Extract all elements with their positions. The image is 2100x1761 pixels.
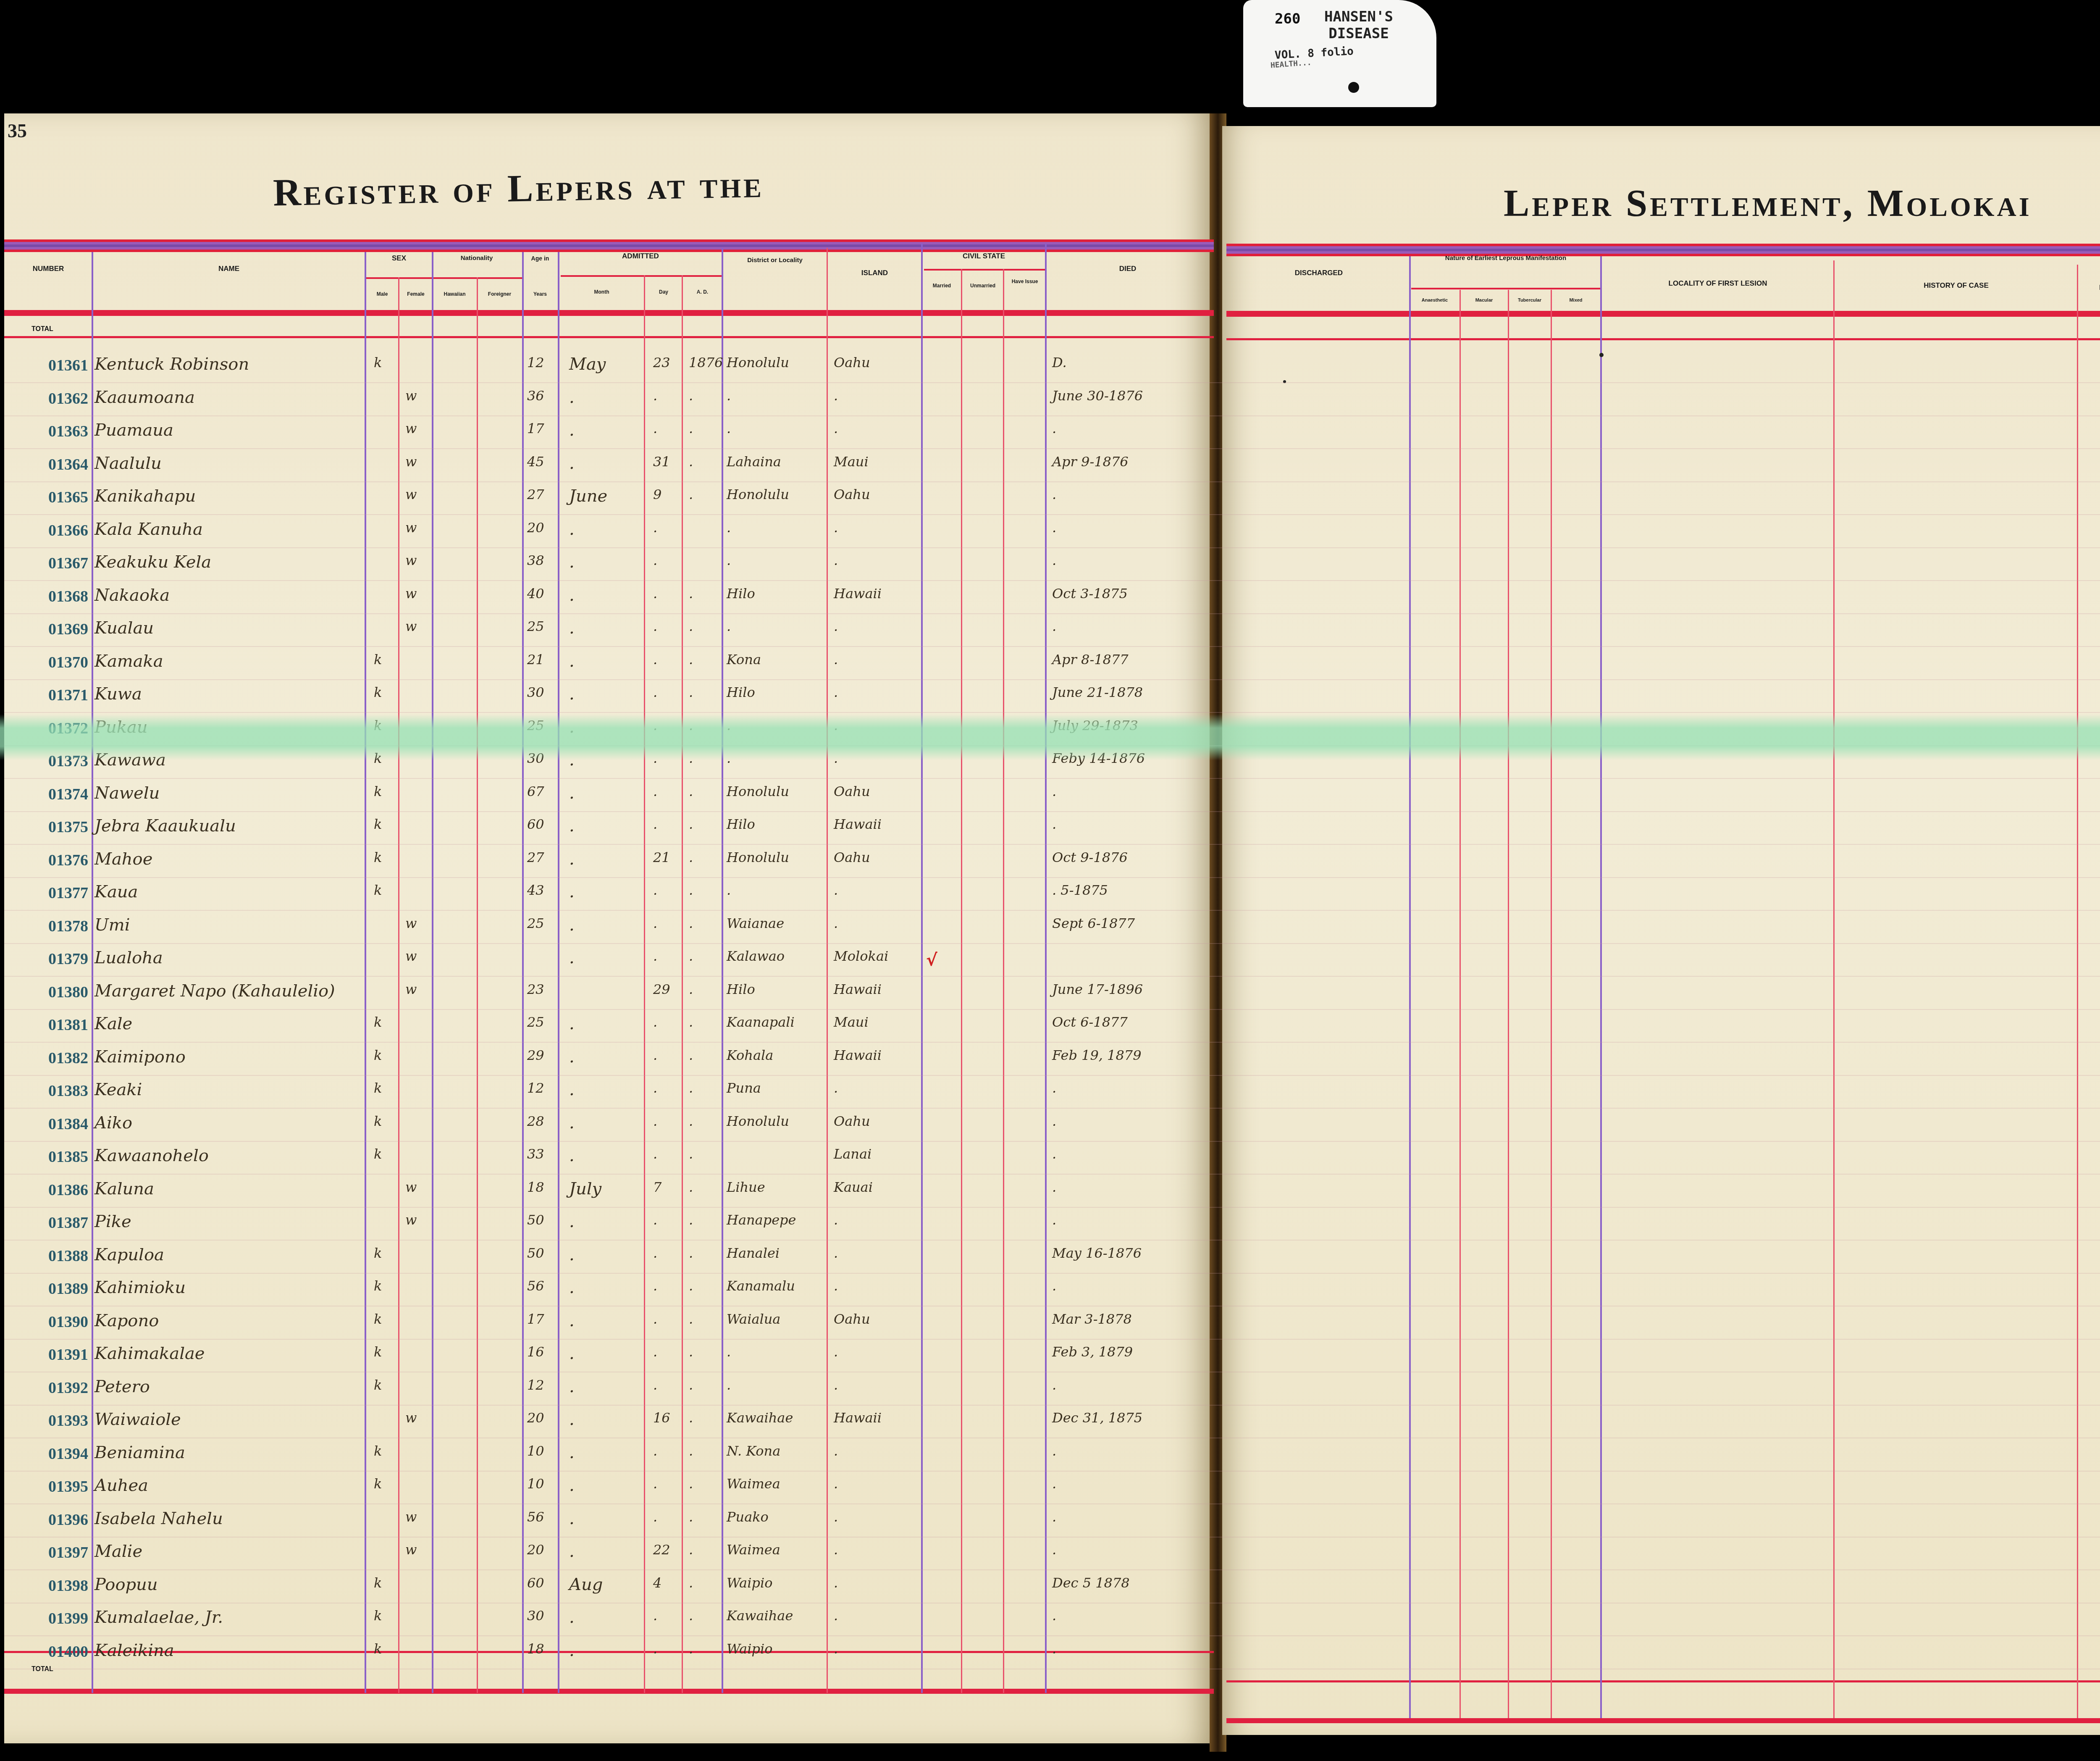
row-guide-line — [4, 811, 2100, 812]
row-admitted-day: 9 — [653, 486, 661, 502]
row-district: Puako — [727, 1509, 769, 1525]
row-name: Petero — [94, 1377, 150, 1396]
row-age: 45 — [527, 454, 544, 470]
row-sex-female: w — [405, 915, 417, 931]
row-admitted-month: . — [569, 783, 575, 803]
row-sex-male: k — [374, 1014, 382, 1030]
row-island: . — [834, 1212, 838, 1228]
row-name: Kapono — [94, 1311, 159, 1330]
civil-state-subrule — [924, 269, 1046, 271]
row-guide-line — [4, 481, 2100, 482]
row-sex-male: k — [374, 882, 382, 898]
row-name: Umi — [94, 915, 130, 935]
row-guide-line — [4, 580, 2100, 581]
row-sex-female: w — [405, 421, 417, 436]
tag-volume: VOL. 8 folio — [1274, 45, 1354, 62]
row-number: 01374 — [2, 785, 88, 804]
ink-dot — [1599, 353, 1604, 357]
row-number: 01365 — [2, 488, 88, 507]
row-admitted-day: . — [653, 1509, 657, 1525]
row-admitted-year: . — [689, 1311, 693, 1327]
row-name: Kala Kanuha — [94, 520, 203, 539]
row-district: Kohala — [727, 1047, 773, 1063]
row-sex-female: w — [405, 1179, 417, 1195]
header-locality-first-lesion: Locality of First Lesion — [1602, 279, 1833, 288]
row-died: . — [1052, 1377, 1056, 1393]
col-rule — [365, 252, 366, 1693]
row-admitted-day: . — [653, 1245, 657, 1261]
row-guide-line — [4, 844, 2100, 845]
row-admitted-month: . — [569, 1113, 575, 1133]
row-island: Maui — [834, 454, 869, 470]
row-died: Dec 31, 1875 — [1052, 1410, 1142, 1426]
row-admitted-month: May — [569, 355, 606, 374]
header-age: Age in — [523, 254, 557, 263]
row-admitted-year: . — [689, 1509, 693, 1525]
row-island: . — [834, 1245, 838, 1261]
row-admitted-month: Aug — [569, 1575, 603, 1594]
row-district: Waimea — [727, 1476, 780, 1492]
row-guide-line — [4, 547, 2100, 548]
row-sex-male: k — [374, 1113, 382, 1129]
row-admitted-year: . — [689, 1278, 693, 1294]
row-guide-line — [4, 646, 2100, 647]
row-number: 01362 — [2, 389, 88, 408]
row-died: . — [1052, 520, 1056, 536]
row-admitted-year: . — [689, 1542, 693, 1558]
row-died: Oct 6-1877 — [1052, 1014, 1128, 1030]
row-admitted-year: . — [689, 816, 693, 832]
row-guide-line — [4, 1405, 2100, 1406]
row-admitted-day: . — [653, 882, 657, 898]
row-admitted-month: . — [569, 520, 575, 539]
left-total-rule — [4, 336, 1214, 338]
row-admitted-month: . — [569, 1476, 575, 1495]
col-rule — [558, 252, 559, 1693]
row-guide-line — [4, 1438, 2100, 1438]
row-sex-male: k — [374, 849, 382, 865]
row-guide-line — [4, 910, 2100, 911]
row-name: Kaleikina — [94, 1641, 174, 1660]
row-died: June 21-1878 — [1052, 684, 1143, 700]
row-name: Nakaoka — [94, 586, 170, 605]
row-number: 01377 — [2, 884, 88, 902]
row-age: 20 — [527, 1410, 544, 1426]
row-admitted-month: . — [569, 816, 575, 836]
col-rule — [1600, 256, 1602, 1718]
row-name: Mahoe — [94, 849, 152, 869]
header-civ-issue: Have Issue — [1004, 277, 1046, 286]
row-guide-line — [4, 1174, 2100, 1175]
row-name: Poopuu — [94, 1575, 158, 1594]
col-rule — [522, 252, 524, 1693]
row-admitted-day: . — [653, 948, 657, 964]
row-died: Apr 9-1876 — [1052, 454, 1129, 470]
col-rule — [827, 248, 828, 1693]
row-died: . — [1052, 783, 1056, 799]
row-district: Waipio — [727, 1641, 772, 1657]
row-died: Oct 9-1876 — [1052, 849, 1128, 865]
header-sex-female: Female — [399, 290, 433, 298]
row-island: . — [834, 1278, 838, 1294]
row-guide-line — [4, 976, 2100, 977]
row-district: Kaanapali — [727, 1014, 795, 1030]
row-admitted-year: . — [689, 981, 693, 997]
row-district: Lahaina — [727, 454, 781, 470]
row-admitted-month: . — [569, 1146, 575, 1165]
row-sex-male: k — [374, 1047, 382, 1063]
header-macular: Macular — [1460, 296, 1508, 305]
row-sex-female: w — [405, 1410, 417, 1426]
row-guide-line — [4, 1372, 2100, 1372]
row-admitted-month: . — [569, 684, 575, 704]
row-island: . — [834, 1608, 838, 1624]
tag-hole-icon — [1348, 82, 1359, 93]
row-number: 01398 — [2, 1577, 88, 1595]
header-history-of-case: History of Case — [1835, 281, 2077, 290]
row-island: Hawaii — [834, 1047, 882, 1063]
row-district: . — [727, 618, 731, 634]
row-island: . — [834, 552, 838, 568]
left-bottom-rule — [4, 1689, 1214, 1694]
row-guide-line — [4, 1669, 2100, 1669]
row-guide-line — [4, 1075, 2100, 1076]
row-sex-male: k — [374, 1344, 382, 1360]
row-admitted-month: . — [569, 915, 575, 935]
row-admitted-month: . — [569, 652, 575, 671]
row-admitted-month: . — [569, 1542, 575, 1561]
row-guide-line — [4, 1339, 2100, 1340]
row-admitted-day: . — [653, 1377, 657, 1393]
row-admitted-month: . — [569, 552, 575, 572]
left-total-label-bottom: TOTAL — [31, 1666, 53, 1673]
col-rule — [722, 248, 723, 1693]
row-died: Mar 3-1878 — [1052, 1311, 1132, 1327]
row-died: . — [1052, 1080, 1056, 1096]
row-admitted-year: . — [689, 783, 693, 799]
row-died: . — [1052, 1212, 1056, 1228]
row-sex-female: w — [405, 1509, 417, 1525]
row-admitted-month: . — [569, 948, 575, 967]
row-admitted-day: . — [653, 586, 657, 602]
left-header-bottom-rule — [4, 310, 1214, 316]
row-died: . — [1052, 1476, 1056, 1492]
col-rule — [682, 275, 683, 1693]
row-age: 60 — [527, 816, 544, 832]
row-sex-male: k — [374, 1641, 382, 1657]
row-age: 17 — [527, 1311, 544, 1327]
header-name: Name — [97, 265, 361, 273]
row-admitted-month: . — [569, 849, 575, 869]
row-died: . — [1052, 1608, 1056, 1624]
row-died: June 17-1896 — [1052, 981, 1143, 997]
row-died: . — [1052, 1443, 1056, 1459]
header-adm-ad: A. D. — [682, 288, 722, 296]
row-died: Apr 8-1877 — [1052, 652, 1129, 668]
row-district: Hanalei — [727, 1245, 780, 1261]
row-admitted-year: . — [689, 586, 693, 602]
row-admitted-day: . — [653, 1014, 657, 1030]
row-admitted-month: . — [569, 454, 575, 473]
row-age: 29 — [527, 1047, 544, 1063]
row-sex-male: k — [374, 783, 382, 799]
row-admitted-month: July — [569, 1179, 601, 1199]
row-died: Feb 3, 1879 — [1052, 1344, 1133, 1360]
row-island: Oahu — [834, 783, 870, 799]
col-rule — [432, 252, 433, 1693]
header-civ-unmarried: Unmarried — [962, 281, 1004, 290]
row-district: Honolulu — [727, 355, 789, 371]
row-age: 20 — [527, 520, 544, 536]
row-died: D. — [1052, 355, 1067, 371]
header-nat-hawaiian: Hawaiian — [433, 290, 477, 298]
row-admitted-year: . — [689, 1047, 693, 1063]
row-admitted-month: . — [569, 1278, 575, 1297]
row-sex-female: w — [405, 486, 417, 502]
row-age: 18 — [527, 1179, 544, 1195]
row-admitted-month: June — [569, 486, 607, 506]
row-admitted-year: . — [689, 1245, 693, 1261]
left-page-title: Register of Lepers at the — [273, 162, 764, 215]
row-island: . — [834, 652, 838, 668]
row-name: Kaaumoana — [94, 388, 195, 407]
row-guide-line — [4, 415, 2100, 416]
row-name: Kentuck Robinson — [94, 355, 249, 374]
row-district: N. Kona — [727, 1443, 780, 1459]
row-admitted-day: 29 — [653, 981, 670, 997]
row-number: 01380 — [2, 983, 88, 1001]
header-mixed: Mixed — [1551, 296, 1600, 305]
header-island: Island — [827, 269, 922, 277]
row-sex-male: k — [374, 1311, 382, 1327]
row-district: Puna — [727, 1080, 761, 1096]
row-admitted-day: 4 — [653, 1575, 661, 1591]
row-district: Kalawao — [727, 948, 785, 964]
row-admitted-day: 16 — [653, 1410, 670, 1426]
row-guide-line — [4, 1207, 2100, 1208]
row-died: . — [1052, 1278, 1056, 1294]
row-number: 01370 — [2, 653, 88, 672]
row-admitted-year: . — [689, 454, 693, 470]
row-admitted-day: . — [653, 652, 657, 668]
header-nationality: Nationality — [433, 254, 521, 263]
row-name: Waiwaiole — [94, 1410, 181, 1429]
row-admitted-year: . — [689, 1014, 693, 1030]
row-age: 56 — [527, 1509, 544, 1525]
header-adm-month: Month — [559, 288, 645, 296]
row-island: . — [834, 421, 838, 436]
row-guide-line — [4, 1569, 2100, 1570]
row-number: 01366 — [2, 521, 88, 540]
row-age: 20 — [527, 1542, 544, 1558]
row-number: 01400 — [2, 1643, 88, 1661]
row-sex-female: w — [405, 1542, 417, 1558]
row-number: 01367 — [2, 554, 88, 573]
row-district: . — [727, 1377, 731, 1393]
row-admitted-year: . — [689, 948, 693, 964]
row-admitted-day: . — [653, 1344, 657, 1360]
row-admitted-year: . — [689, 1443, 693, 1459]
col-rule — [2077, 265, 2078, 1718]
row-admitted-year: . — [689, 915, 693, 931]
row-admitted-day: . — [653, 1047, 657, 1063]
row-age: 27 — [527, 486, 544, 502]
row-island: . — [834, 1080, 838, 1096]
row-admitted-year: . — [689, 388, 693, 404]
row-number: 01364 — [2, 455, 88, 474]
row-island: . — [834, 915, 838, 931]
col-rule — [398, 277, 399, 1693]
row-name: Kanikahapu — [94, 486, 196, 506]
row-name: Kahimioku — [94, 1278, 186, 1297]
row-admitted-year: . — [689, 882, 693, 898]
header-manifestation: Nature of Earliest Leprous Manifestation — [1411, 254, 1600, 263]
row-age: 40 — [527, 586, 544, 602]
row-admitted-day: . — [653, 1443, 657, 1459]
row-admitted-year: . — [689, 1476, 693, 1492]
row-age: 30 — [527, 684, 544, 700]
row-name: Kawaanohelo — [94, 1146, 209, 1165]
row-age: 17 — [527, 421, 544, 436]
row-admitted-year: . — [689, 421, 693, 436]
row-admitted-day: . — [653, 618, 657, 634]
row-admitted-day: . — [653, 1080, 657, 1096]
row-district: Honolulu — [727, 849, 789, 865]
row-admitted-day: 23 — [653, 355, 670, 371]
row-number: 01391 — [2, 1346, 88, 1364]
row-admitted-month: . — [569, 1080, 575, 1099]
row-died: . — [1052, 486, 1056, 502]
row-district: . — [727, 1344, 731, 1360]
row-island: Maui — [834, 1014, 869, 1030]
manifestation-subrule — [1411, 288, 1600, 289]
col-rule — [644, 275, 645, 1693]
right-header-bottom-rule — [1226, 311, 2100, 317]
row-age: 30 — [527, 1608, 544, 1624]
header-civ-married: Married — [922, 281, 962, 290]
row-island: . — [834, 684, 838, 700]
row-died: . — [1052, 552, 1056, 568]
row-admitted-day: . — [653, 816, 657, 832]
row-age: 60 — [527, 1575, 544, 1591]
row-sex-male: k — [374, 1476, 382, 1492]
row-name: Isabela Nahelu — [94, 1509, 223, 1528]
row-number: 01389 — [2, 1280, 88, 1298]
row-age: 67 — [527, 783, 544, 799]
right-page — [1222, 126, 2100, 1735]
left-total-label-top: TOTAL — [31, 326, 53, 333]
row-age: 25 — [527, 618, 544, 634]
row-admitted-year: . — [689, 1113, 693, 1129]
row-number: 01384 — [2, 1115, 88, 1133]
row-age: 12 — [527, 1377, 544, 1393]
row-number: 01383 — [2, 1082, 88, 1100]
row-number: 01393 — [2, 1411, 88, 1430]
row-district: Hilo — [727, 586, 755, 602]
row-died: . — [1052, 1542, 1056, 1558]
row-district: Waimea — [727, 1542, 780, 1558]
row-number: 01379 — [2, 950, 88, 968]
row-admitted-day: . — [653, 552, 657, 568]
row-admitted-month: . — [569, 1245, 575, 1264]
row-died: . — [1052, 1146, 1056, 1162]
row-guide-line — [4, 514, 2100, 515]
row-admitted-month: . — [569, 618, 575, 638]
col-rule — [1409, 256, 1411, 1718]
checkmark-icon: √ — [926, 951, 937, 970]
row-name: Malie — [94, 1542, 142, 1561]
row-district: . — [727, 882, 731, 898]
row-admitted-year: . — [689, 684, 693, 700]
row-island: Molokai — [834, 948, 888, 964]
row-admitted-day: . — [653, 915, 657, 931]
header-sex: Sex — [365, 254, 433, 263]
row-admitted-month: . — [569, 1311, 575, 1330]
row-name: Margaret Napo (Kahaulelio) — [94, 981, 335, 1001]
header-leprous-relations: Leprous Relations — [2079, 284, 2100, 292]
row-guide-line — [4, 1503, 2100, 1504]
row-age: 50 — [527, 1212, 544, 1228]
row-sex-male: k — [374, 684, 382, 700]
row-district: Waianae — [727, 915, 784, 931]
row-island: Lanai — [834, 1146, 871, 1162]
row-name: Lualoha — [94, 948, 163, 967]
row-island: . — [834, 388, 838, 404]
row-name: Kumalaelae, Jr. — [94, 1608, 223, 1627]
row-died: . — [1052, 816, 1056, 832]
row-district: Waialua — [727, 1311, 780, 1327]
row-island: Oahu — [834, 1311, 870, 1327]
row-island: . — [834, 1575, 838, 1591]
row-district: Hilo — [727, 816, 755, 832]
row-guide-line — [4, 1603, 2100, 1603]
row-island: . — [834, 1542, 838, 1558]
row-age: 12 — [527, 355, 544, 371]
row-guide-line — [4, 613, 2100, 614]
col-rule — [1833, 260, 1835, 1718]
header-district: District or Locality — [722, 252, 827, 269]
header-tubercular: Tubercular — [1509, 296, 1551, 305]
row-number: 01390 — [2, 1313, 88, 1331]
row-died: . — [1052, 421, 1056, 436]
row-number: 01396 — [2, 1511, 88, 1529]
row-name: Naalulu — [94, 454, 162, 473]
col-rule — [92, 252, 93, 1693]
row-admitted-day: . — [653, 1608, 657, 1624]
row-died: . — [1052, 1179, 1056, 1195]
row-name: Kamaka — [94, 652, 163, 671]
row-sex-male: k — [374, 652, 382, 668]
row-died: Feb 19, 1879 — [1052, 1047, 1142, 1063]
row-name: Kaua — [94, 882, 138, 902]
row-guide-line — [4, 1273, 2100, 1274]
row-district: Hilo — [727, 684, 755, 700]
row-district: Kanamalu — [727, 1278, 795, 1294]
row-age: 38 — [527, 552, 544, 568]
row-island: . — [834, 1641, 838, 1657]
row-died: . 5-1875 — [1052, 882, 1108, 898]
row-district: Kona — [727, 652, 761, 668]
row-sex-male: k — [374, 1608, 382, 1624]
row-district: . — [727, 388, 731, 404]
row-district: Kawaihae — [727, 1608, 793, 1624]
header-nat-foreigner: Foreigner — [478, 290, 522, 298]
row-guide-line — [4, 877, 2100, 878]
highlight-band — [0, 714, 2100, 760]
row-age: 10 — [527, 1443, 544, 1459]
row-name: Puamaua — [94, 421, 173, 440]
header-discharged: Discharged — [1231, 269, 1407, 277]
